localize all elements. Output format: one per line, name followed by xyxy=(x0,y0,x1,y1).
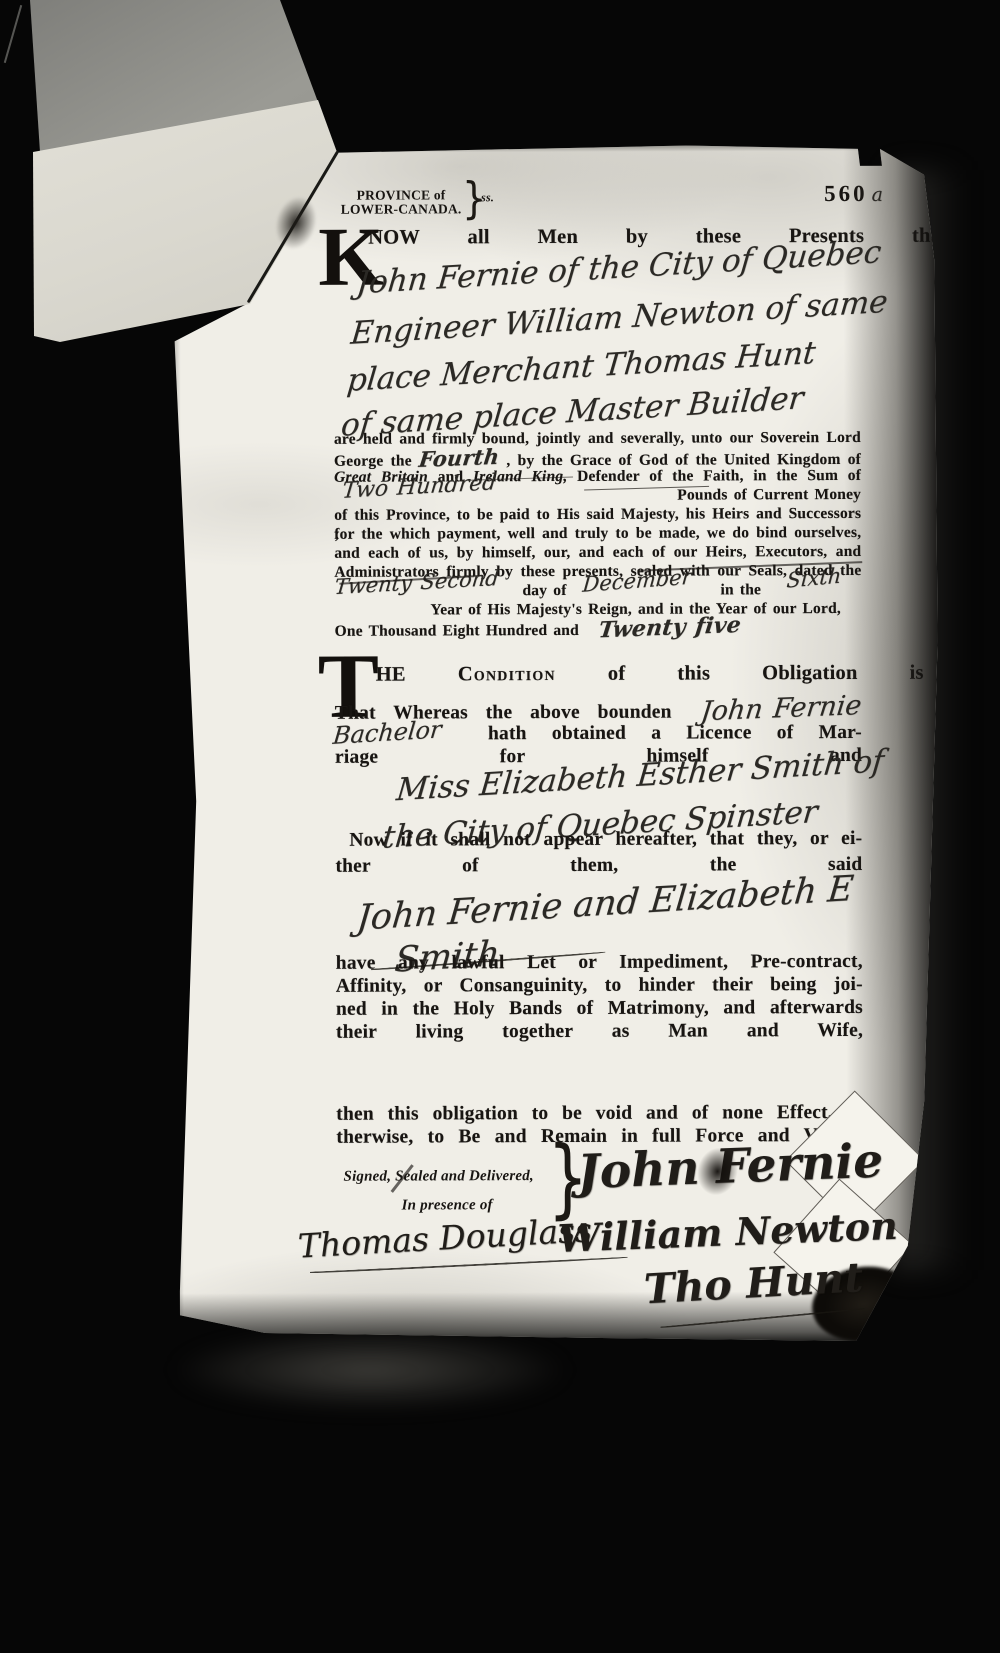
condition-line: hath obtained a Licence of Mar- xyxy=(488,721,862,745)
bond-text: Defender of the Faith, in the Sum of xyxy=(577,467,861,485)
handwritten-sum: Two Hundred xyxy=(341,473,497,501)
handwritten-year: Twenty five xyxy=(598,616,742,641)
microfilm-scan: { "document": { "folio": { "number": "56… xyxy=(0,0,1000,1653)
bond-line: Twenty Second day of December in the Six… xyxy=(334,580,861,601)
page-bottom-glow xyxy=(170,1330,570,1410)
condition-line: ned in the Holy Bands of Matrimony, and … xyxy=(336,996,863,1021)
bond-line: Two Hundred Pounds of Current Money xyxy=(334,485,861,506)
bond-line: and each of us, by himself, our, and eac… xyxy=(334,542,861,563)
condition-heading-text: HE xyxy=(376,664,406,686)
witness-signature: Thomas Douglass xyxy=(297,1210,593,1265)
handwritten-monarch: Fourth xyxy=(418,447,500,469)
condition-line: have any lawful Let or Impediment, Pre-c… xyxy=(336,950,863,975)
bond-text: in the xyxy=(720,580,761,599)
condition-line: then this obligation to be void and of n… xyxy=(336,1101,863,1126)
in-presence-label: In presence of xyxy=(402,1197,493,1214)
condition-line: Now if it shall not appear hereafter, th… xyxy=(335,827,862,852)
bond-text: day of xyxy=(522,581,566,600)
bond-text: Pounds of Current Money xyxy=(677,485,861,505)
handwritten-couple-line: John Fernie and Elizabeth E xyxy=(355,869,855,939)
ss-abbreviation: ss. xyxy=(481,190,494,205)
bond-line: for the which payment, well and truly to… xyxy=(334,523,861,544)
film-scratch xyxy=(4,5,22,63)
condition-line: Affinity, or Consanguinity, to hinder th… xyxy=(336,973,863,998)
signed-sealed-label: Signed, Sealed and Delivered, xyxy=(343,1168,533,1186)
bond-line: are held and firmly bound, jointly and s… xyxy=(334,428,861,449)
bond-line: One Thousand Eight Hundred and Twenty fi… xyxy=(335,618,862,641)
page-left-shadow xyxy=(166,293,184,1348)
condition-heading-smallcaps: Condition xyxy=(458,663,556,685)
handwritten-groom: John Fernie xyxy=(700,694,863,723)
condition-line: their living together as Man and Wife, xyxy=(336,1019,863,1044)
handwritten-regnal-year: Sixth xyxy=(786,567,842,591)
folded-paper-corner xyxy=(0,0,360,360)
